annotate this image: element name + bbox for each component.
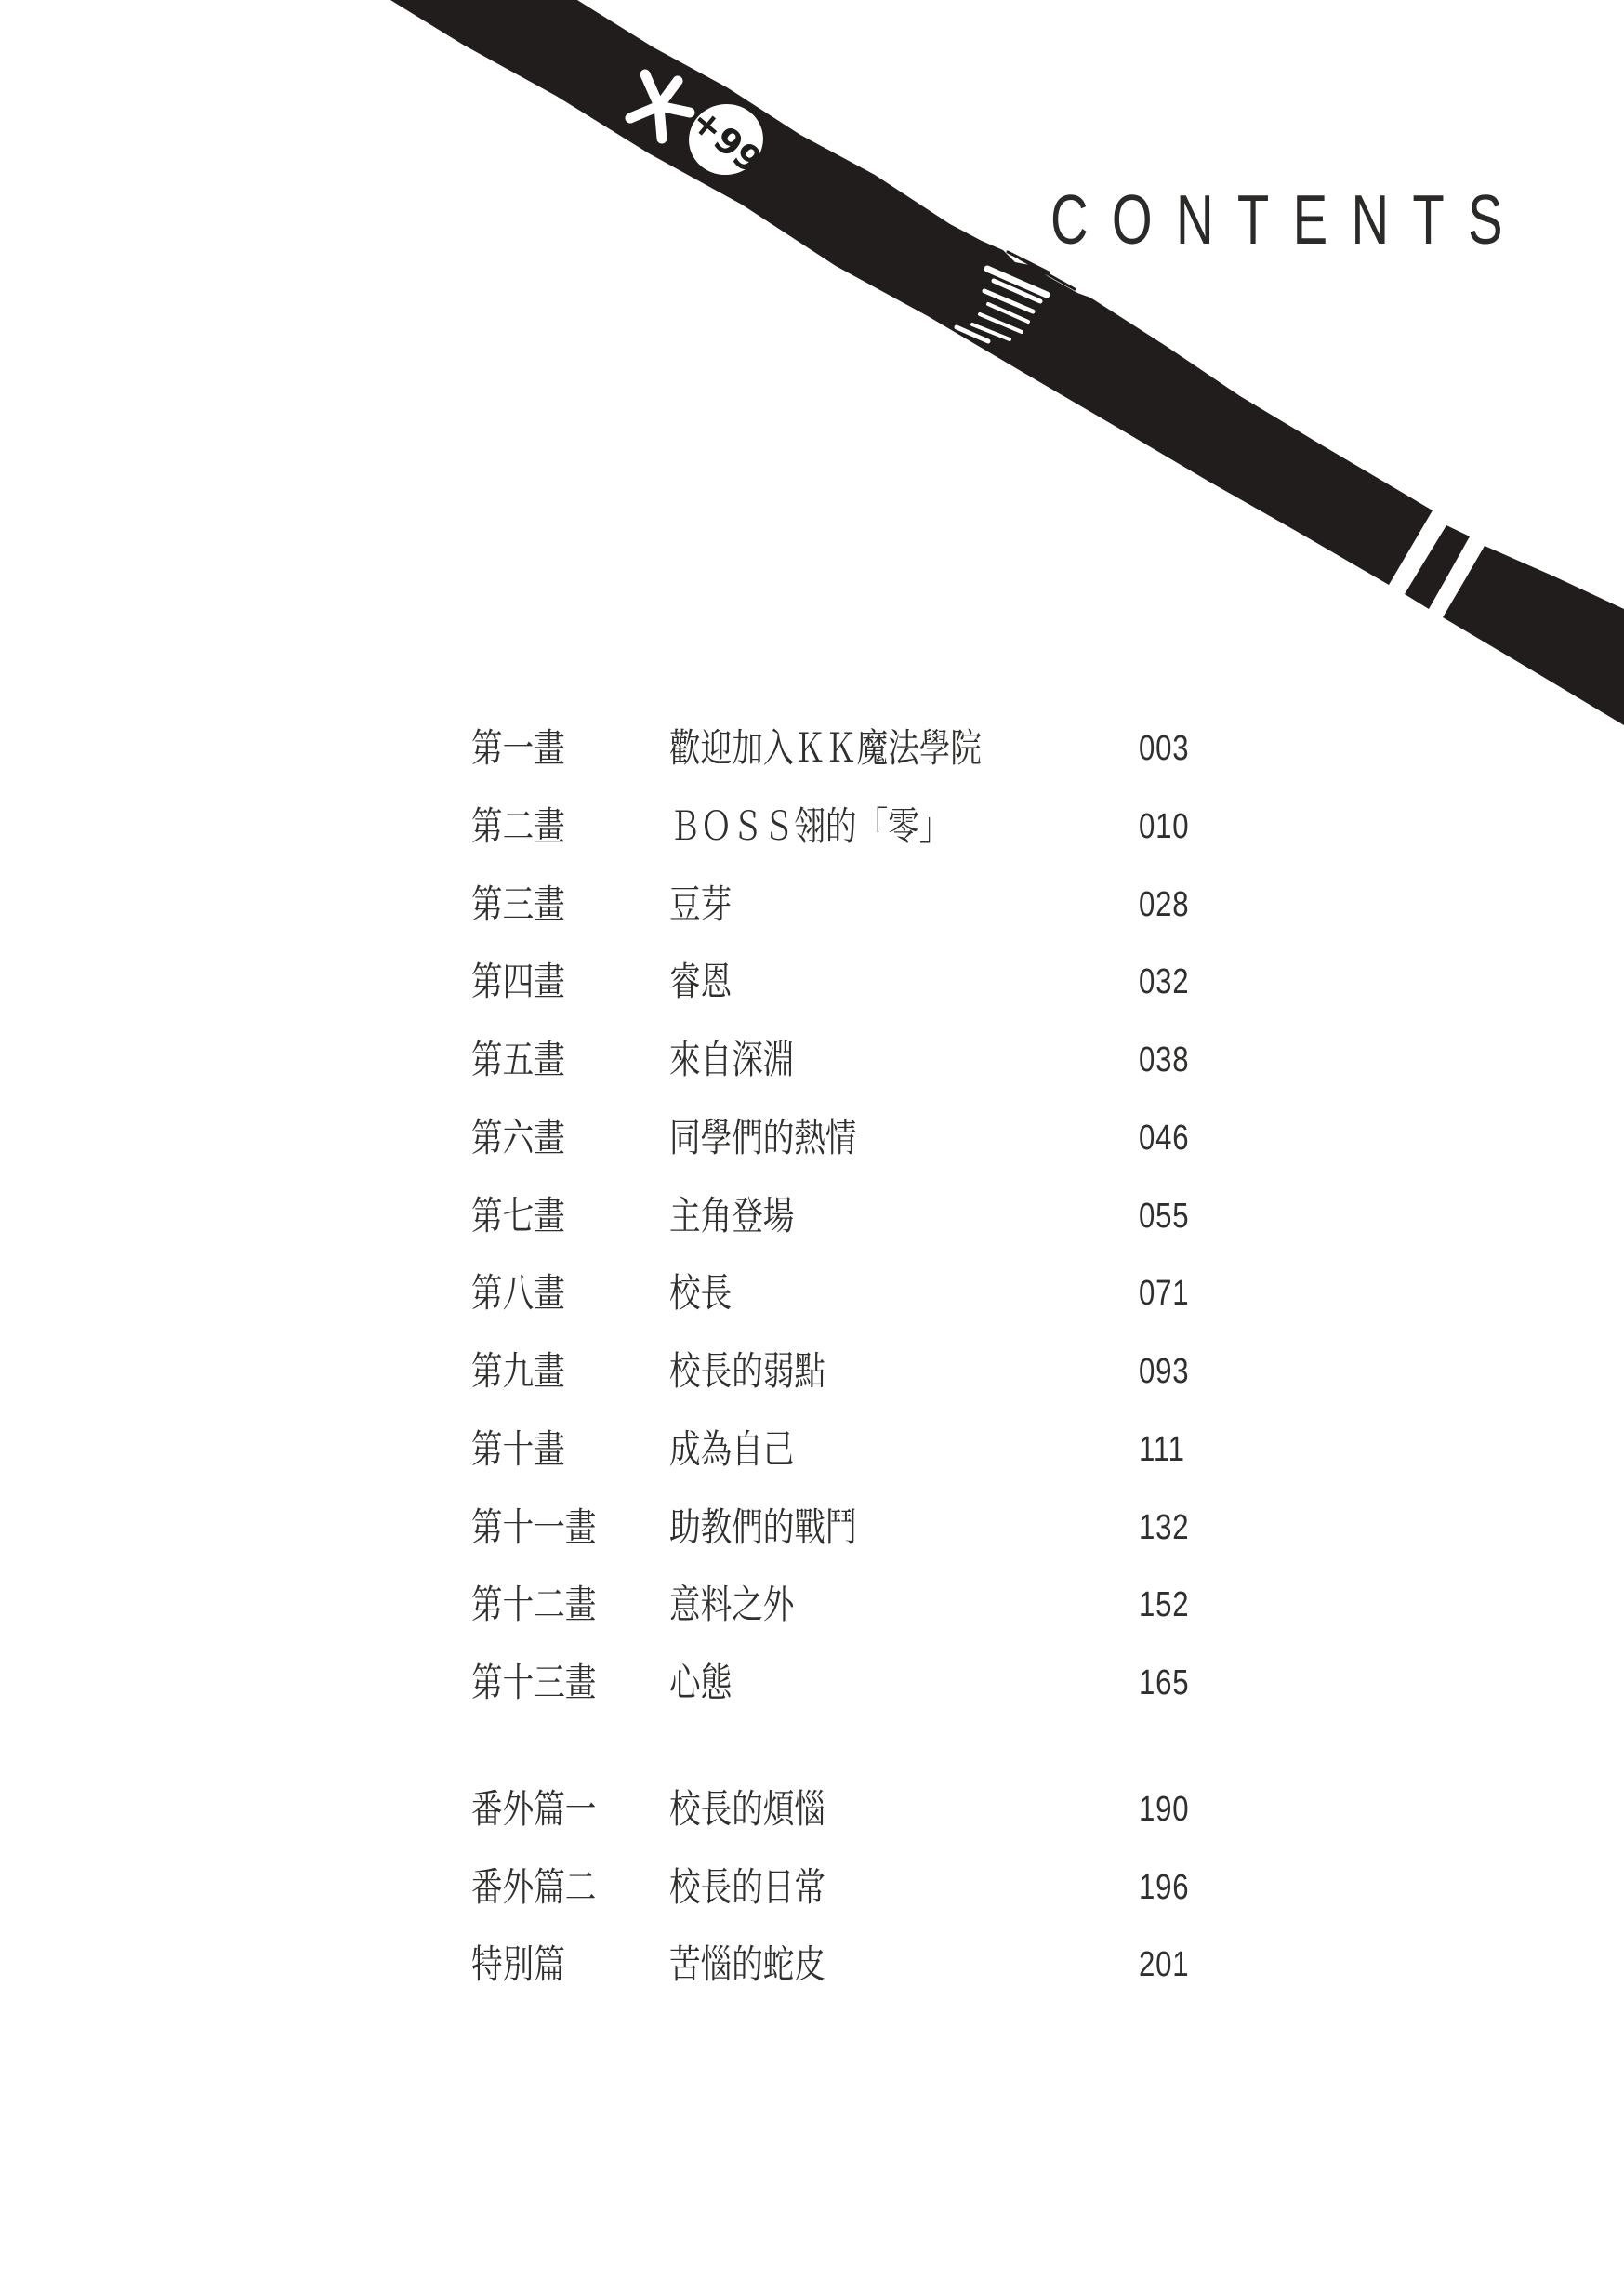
toc-chapter-label: 第十畫 xyxy=(471,1429,565,1470)
toc-chapter-label: 番外篇一 xyxy=(471,1789,596,1830)
toc-title: 助教們的戰鬥 xyxy=(669,1507,857,1548)
toc-page-number: 055 xyxy=(1139,1196,1189,1237)
toc-page-number: 003 xyxy=(1139,728,1189,769)
toc-chapter-label: 第七畫 xyxy=(471,1196,565,1237)
toc-title: 成為自己 xyxy=(669,1429,794,1470)
toc-title: 同學們的熱情 xyxy=(669,1118,857,1159)
toc-page-number: 196 xyxy=(1139,1867,1189,1908)
toc-title: 來自深淵 xyxy=(669,1040,794,1080)
toc-chapter-label: 第十二畫 xyxy=(471,1584,596,1625)
toc-row: 第四畫 睿恩 032 xyxy=(0,961,1624,1002)
toc-row: 第三畫 豆芽 028 xyxy=(0,884,1624,925)
toc-row: 第六畫 同學們的熱情 046 xyxy=(0,1118,1624,1159)
toc-page-number: 190 xyxy=(1139,1789,1189,1830)
toc-row: 番外篇二 校長的日常 196 xyxy=(0,1867,1624,1908)
ribbon-band xyxy=(390,0,1433,585)
toc-row: 第十一畫 助教們的戰鬥 132 xyxy=(0,1507,1624,1548)
toc-title: 苦惱的蛇皮 xyxy=(669,1944,825,1985)
toc-title: 歡迎加入ＫＫ魔法學院 xyxy=(669,728,982,769)
toc-title: 校長 xyxy=(669,1273,732,1314)
toc-page-number: 201 xyxy=(1139,1944,1189,1985)
toc-row: 第十三畫 心態 165 xyxy=(0,1662,1624,1703)
toc-page-number: 152 xyxy=(1139,1584,1189,1625)
toc-row: 第七畫 主角登場 055 xyxy=(0,1196,1624,1237)
toc-chapter-label: 番外篇二 xyxy=(471,1867,596,1908)
toc-title: 主角登場 xyxy=(669,1196,794,1237)
toc-chapter-label: 第九畫 xyxy=(471,1351,565,1392)
toc-title: 睿恩 xyxy=(669,961,732,1002)
page-title: CONTENTS xyxy=(1050,185,1526,255)
toc-chapter-label: 特別篇 xyxy=(471,1944,565,1985)
toc-row: 第十畫 成為自己 111 xyxy=(0,1429,1624,1470)
toc-title: 豆芽 xyxy=(669,884,732,925)
toc-page-number: 111 xyxy=(1139,1429,1185,1470)
toc-title: 心態 xyxy=(669,1662,732,1703)
toc-page-number: 165 xyxy=(1139,1662,1189,1703)
toc-page-number: 046 xyxy=(1139,1118,1189,1159)
toc-row: 特別篇 苦惱的蛇皮 201 xyxy=(0,1944,1624,1985)
toc-page-number: 093 xyxy=(1139,1351,1189,1392)
toc-chapter-label: 第三畫 xyxy=(471,884,565,925)
toc-row: 第十二畫 意料之外 152 xyxy=(0,1584,1624,1625)
toc-page-number: 032 xyxy=(1139,961,1189,1002)
toc-chapter-label: 第六畫 xyxy=(471,1118,565,1159)
toc-page-number: 028 xyxy=(1139,884,1189,925)
toc-page-number: 010 xyxy=(1139,806,1189,847)
toc-page-number: 132 xyxy=(1139,1507,1189,1548)
toc-title: 校長的煩惱 xyxy=(669,1789,825,1830)
toc-title: ＢＯＳＳ翎的「零」 xyxy=(669,806,950,847)
toc-chapter-label: 第二畫 xyxy=(471,806,565,847)
toc-row: 第五畫 來自深淵 038 xyxy=(0,1040,1624,1080)
toc-chapter-label: 第四畫 xyxy=(471,961,565,1002)
toc-chapter-label: 第五畫 xyxy=(471,1040,565,1080)
toc-chapter-label: 第八畫 xyxy=(471,1273,565,1314)
toc-row: 第八畫 校長 071 xyxy=(0,1273,1624,1314)
toc-row: 第一畫 歡迎加入ＫＫ魔法學院 003 xyxy=(0,728,1624,769)
toc-row: 第二畫 ＢＯＳＳ翎的「零」 010 xyxy=(0,806,1624,847)
toc-title: 校長的弱點 xyxy=(669,1351,825,1392)
toc-row: 第九畫 校長的弱點 093 xyxy=(0,1351,1624,1392)
toc-title: 校長的日常 xyxy=(669,1867,825,1908)
toc-page-number: 071 xyxy=(1139,1273,1189,1314)
ribbon-graphic: +99 xyxy=(0,0,1624,837)
toc-row: 番外篇一 校長的煩惱 190 xyxy=(0,1789,1624,1830)
toc-page-number: 038 xyxy=(1139,1040,1189,1080)
toc-title: 意料之外 xyxy=(669,1584,794,1625)
toc-chapter-label: 第十一畫 xyxy=(471,1507,596,1548)
ribbon-end-piece xyxy=(1443,546,1624,725)
toc-chapter-label: 第一畫 xyxy=(471,728,565,769)
contents-page: +99 CONTENTS 第一畫 歡迎加入ＫＫ魔法學院 003 xyxy=(0,0,1624,2278)
toc-chapter-label: 第十三畫 xyxy=(471,1662,596,1703)
